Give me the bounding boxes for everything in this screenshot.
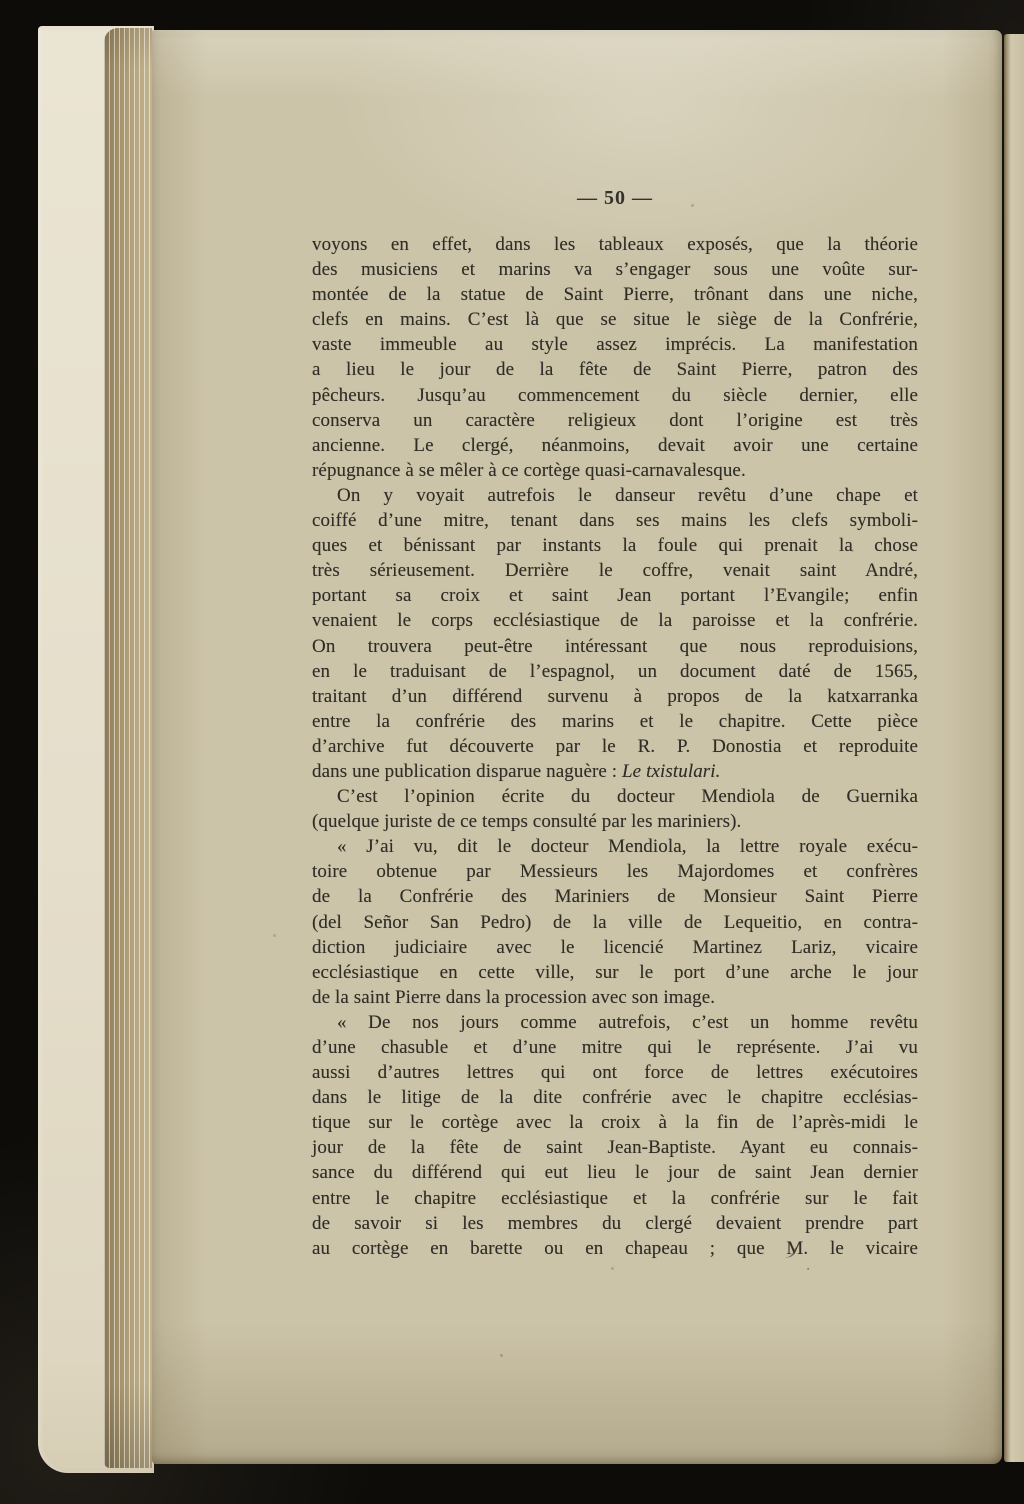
text-segment: en le traduisant de l’espagnol, un docum…: [312, 661, 918, 682]
text-line: tique sur le cortège avec la croix à la …: [312, 1110, 918, 1135]
text-segment: ques et bénissant par instants la foule …: [312, 535, 918, 556]
text-segment: ecclésiastique en cette ville, sur le po…: [312, 962, 918, 983]
text-line: jour de la fête de saint Jean-Baptiste. …: [312, 1135, 918, 1160]
text-segment: entre la confrérie des marins et le chap…: [312, 711, 918, 732]
text-line: sance du différend qui eut lieu le jour …: [312, 1160, 918, 1185]
text-segment: d’archive fut découverte par le R. P. Do…: [312, 736, 918, 757]
text-segment: entre le chapitre ecclésiastique et la c…: [312, 1188, 918, 1209]
text-line: « De nos jours comme autrefois, c’est un…: [312, 1010, 918, 1035]
text-line: pêcheurs. Jusqu’au commencement du siècl…: [312, 383, 918, 408]
next-page-sliver: [1004, 34, 1024, 1462]
text-line: en le traduisant de l’espagnol, un docum…: [312, 659, 918, 684]
text-segment: dans le litige de la dite confrérie avec…: [312, 1087, 918, 1108]
text-line: vaste immeuble au style assez imprécis. …: [312, 332, 918, 357]
text-line: traitant d’un différend survenu à propos…: [312, 684, 918, 709]
text-line: portant sa croix et saint Jean portant l…: [312, 583, 918, 608]
text-line: de la saint Pierre dans la procession av…: [312, 985, 918, 1010]
text-line: diction judiciaire avec le licencié Mart…: [312, 935, 918, 960]
text-segment: venaient le corps ecclésiastique de la p…: [312, 610, 918, 631]
text-line: clefs en mains. C’est là que se situe le…: [312, 307, 918, 332]
text-segment: sance du différend qui eut lieu le jour …: [312, 1162, 918, 1183]
text-segment: aussi d’autres lettres qui ont force de …: [312, 1062, 918, 1083]
text-segment: « De nos jours comme autrefois, c’est un…: [337, 1012, 918, 1033]
text-line: C’est l’opinion écrite du docteur Mendio…: [312, 784, 918, 809]
text-line: toire obtenue par Messieurs les Majordom…: [312, 859, 918, 884]
text-line: (quelque juriste de ce temps consulté pa…: [312, 809, 918, 834]
text-segment: de la saint Pierre dans la procession av…: [312, 987, 715, 1008]
italic-text-segment: Le txistulari.: [622, 761, 721, 782]
text-line: coiffé d’une mitre, tenant dans ses main…: [312, 508, 918, 533]
text-line: des musiciens et marins va s’engager sou…: [312, 257, 918, 282]
text-segment: ancienne. Le clergé, néanmoins, devait a…: [312, 435, 918, 456]
text-segment: coiffé d’une mitre, tenant dans ses main…: [312, 510, 918, 531]
text-segment: jour de la fête de saint Jean-Baptiste. …: [312, 1137, 918, 1158]
text-line: ancienne. Le clergé, néanmoins, devait a…: [312, 433, 918, 458]
page-edge-stack: [104, 28, 152, 1468]
text-line: conserva un caractère religieux dont l’o…: [312, 408, 918, 433]
text-segment: des musiciens et marins va s’engager sou…: [312, 259, 918, 280]
text-segment: traitant d’un différend survenu à propos…: [312, 686, 918, 707]
text-line: d’une chasuble et d’une mitre qui le rep…: [312, 1035, 918, 1060]
text-line: répugnance à se mêler à ce cortège quasi…: [312, 458, 918, 483]
text-segment: voyons en effet, dans les tableaux expos…: [312, 234, 918, 255]
text-segment: répugnance à se mêler à ce cortège quasi…: [312, 460, 746, 481]
text-segment: On y voyait autrefois le danseur revêtu …: [337, 485, 918, 506]
text-segment: de la Confrérie des Mariniers de Monsieu…: [312, 886, 918, 907]
text-line: On y voyait autrefois le danseur revêtu …: [312, 483, 918, 508]
text-line: très sérieusement. Derrière le coffre, v…: [312, 558, 918, 583]
text-segment: On trouvera peut-être intéressant que no…: [312, 636, 918, 657]
text-line: de la Confrérie des Mariniers de Monsieu…: [312, 884, 918, 909]
text-block: voyons en effet, dans les tableaux expos…: [312, 232, 918, 1261]
text-segment: C’est l’opinion écrite du docteur Mendio…: [337, 786, 918, 807]
text-segment: tique sur le cortège avec la croix à la …: [312, 1112, 918, 1133]
text-segment: pêcheurs. Jusqu’au commencement du siècl…: [312, 385, 918, 406]
text-segment: très sérieusement. Derrière le coffre, v…: [312, 560, 918, 581]
text-line: au cortège en barette ou en chapeau ; qu…: [312, 1236, 918, 1261]
text-line: aussi d’autres lettres qui ont force de …: [312, 1060, 918, 1085]
text-segment: montée de la statue de Saint Pierre, trô…: [312, 284, 918, 305]
text-segment: (quelque juriste de ce temps consulté pa…: [312, 811, 741, 832]
book-scan: — 50 — voyons en effet, dans les tableau…: [0, 0, 1024, 1504]
text-segment: a lieu le jour de la fête de Saint Pierr…: [312, 359, 918, 380]
text-segment: clefs en mains. C’est là que se situe le…: [312, 309, 918, 330]
text-segment: vaste immeuble au style assez imprécis. …: [312, 334, 918, 355]
paper-specks: [152, 30, 153, 31]
text-line: ques et bénissant par instants la foule …: [312, 533, 918, 558]
text-segment: au cortège en barette ou en chapeau ; qu…: [312, 1238, 918, 1259]
text-line: entre la confrérie des marins et le chap…: [312, 709, 918, 734]
text-line: de savoir si les membres du clergé devai…: [312, 1211, 918, 1236]
text-segment: diction judiciaire avec le licencié Mart…: [312, 937, 918, 958]
page-number: — 50 —: [312, 187, 918, 210]
text-line: voyons en effet, dans les tableaux expos…: [312, 232, 918, 257]
text-line: d’archive fut découverte par le R. P. Do…: [312, 734, 918, 759]
text-segment: d’une chasuble et d’une mitre qui le rep…: [312, 1037, 918, 1058]
book-page: — 50 — voyons en effet, dans les tableau…: [152, 30, 1002, 1464]
text-line: dans une publication disparue naguère : …: [312, 759, 918, 784]
text-segment: portant sa croix et saint Jean portant l…: [312, 585, 918, 606]
text-line: entre le chapitre ecclésiastique et la c…: [312, 1186, 918, 1211]
text-segment: (del Señor San Pedro) de la ville de Leq…: [312, 912, 918, 933]
text-line: (del Señor San Pedro) de la ville de Leq…: [312, 910, 918, 935]
text-line: On trouvera peut-être intéressant que no…: [312, 634, 918, 659]
text-line: dans le litige de la dite confrérie avec…: [312, 1085, 918, 1110]
text-segment: dans une publication disparue naguère :: [312, 761, 622, 782]
text-line: a lieu le jour de la fête de Saint Pierr…: [312, 357, 918, 382]
text-segment: de savoir si les membres du clergé devai…: [312, 1213, 918, 1234]
text-segment: conserva un caractère religieux dont l’o…: [312, 410, 918, 431]
text-line: venaient le corps ecclésiastique de la p…: [312, 608, 918, 633]
text-line: « J’ai vu, dit le docteur Mendiola, la l…: [312, 834, 918, 859]
text-line: ecclésiastique en cette ville, sur le po…: [312, 960, 918, 985]
text-line: montée de la statue de Saint Pierre, trô…: [312, 282, 918, 307]
text-segment: « J’ai vu, dit le docteur Mendiola, la l…: [337, 836, 918, 857]
text-segment: toire obtenue par Messieurs les Majordom…: [312, 861, 918, 882]
